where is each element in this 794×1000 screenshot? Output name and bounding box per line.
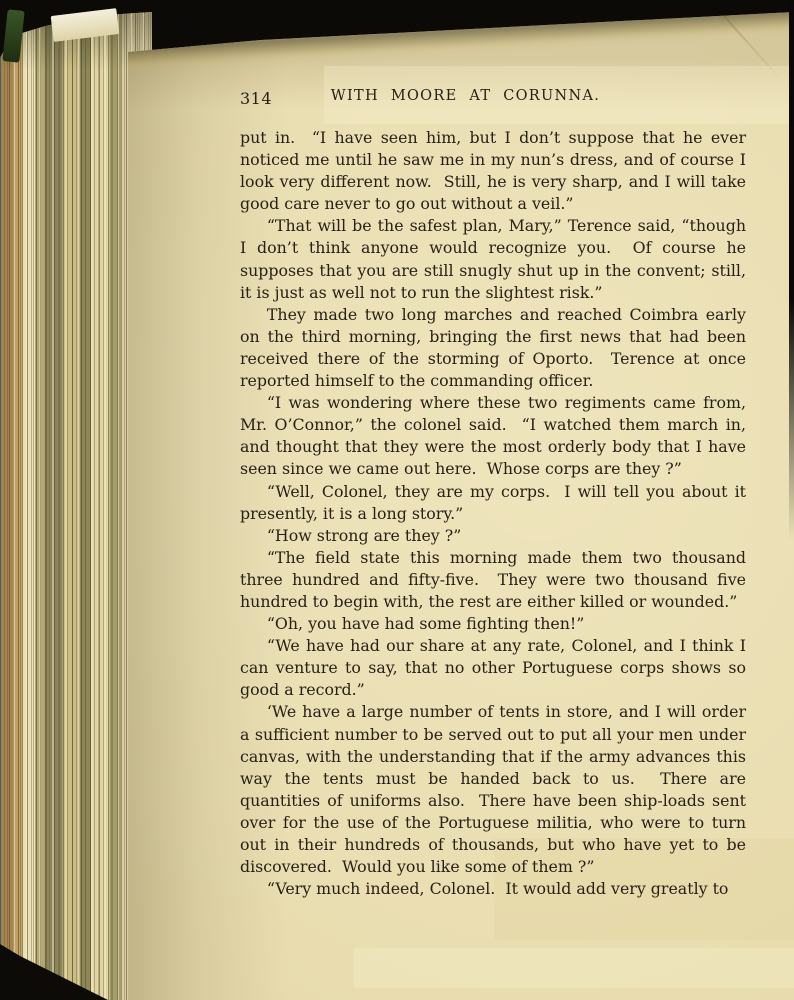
page-header: 314 WITH MOORE AT CORUNNA. [240, 88, 746, 110]
paragraph: “How strong are they ?” [240, 525, 746, 547]
paragraph: “Very much indeed, Colonel. It would add… [240, 878, 746, 900]
page-number: 314 [240, 89, 272, 108]
page-text-block: 314 WITH MOORE AT CORUNNA. put in. “I ha… [240, 88, 746, 900]
paragraph: They made two long marches and reached C… [240, 304, 746, 392]
paragraph: “The field state this morning made them … [240, 547, 746, 613]
page-paragraphs: put in. “I have seen him, but I don’t su… [240, 127, 746, 900]
paragraph: “I was wondering where these two regimen… [240, 392, 746, 480]
paragraph: put in. “I have seen him, but I don’t su… [240, 127, 746, 215]
running-title: WITH MOORE AT CORUNNA. [240, 88, 746, 104]
paragraph: “We have had our share at any rate, Colo… [240, 635, 746, 701]
book-photo: 314 WITH MOORE AT CORUNNA. put in. “I ha… [0, 0, 794, 1000]
paragraph: “Well, Colonel, they are my corps. I wil… [240, 481, 746, 525]
paragraph: ‘We have a large number of tents in stor… [240, 701, 746, 878]
page-top-rim [105, 6, 794, 73]
scan-artifact-band [354, 948, 794, 988]
paragraph: “Oh, you have had some fighting then!” [240, 613, 746, 635]
background-right-sliver [789, 0, 794, 540]
paragraph: “That will be the safest plan, Mary,” Te… [240, 215, 746, 303]
